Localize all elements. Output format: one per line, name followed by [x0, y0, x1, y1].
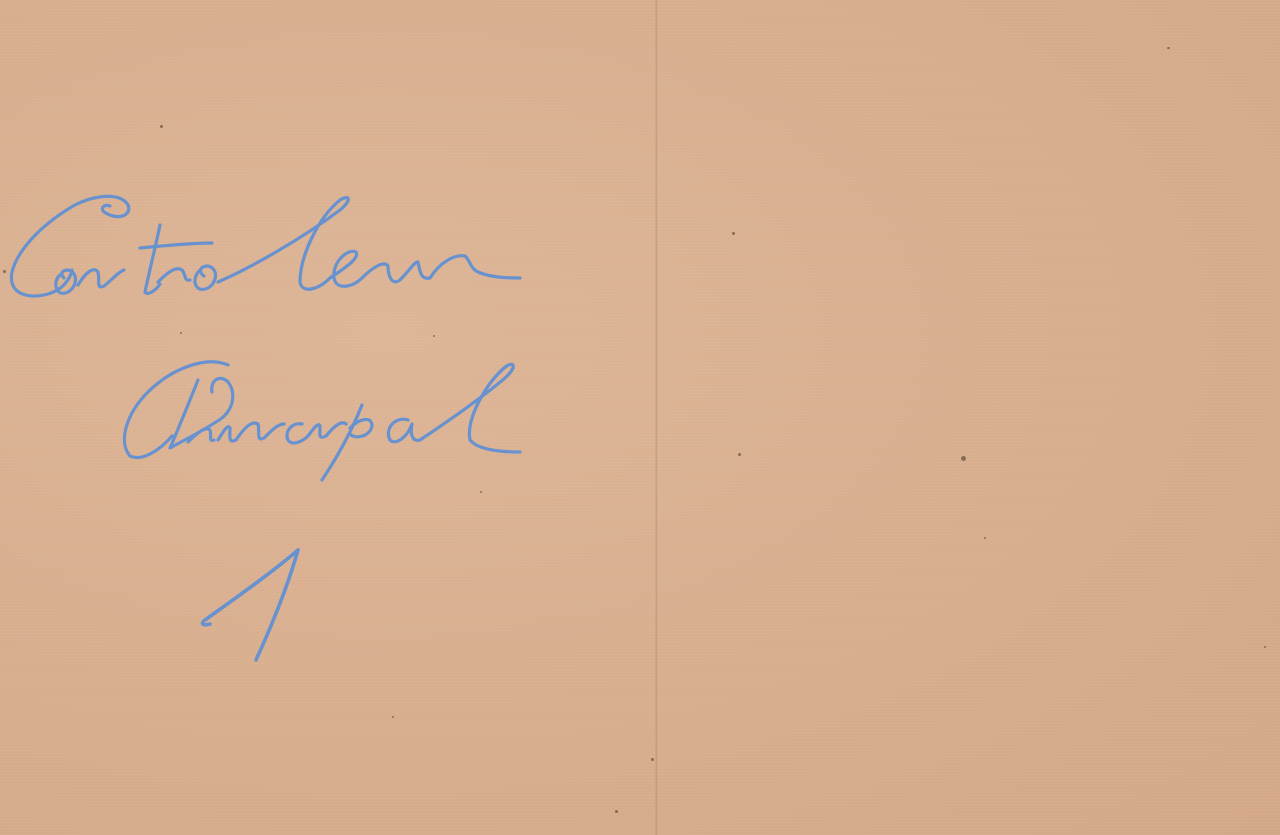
handwriting	[0, 0, 1280, 835]
handwriting-line-principal	[124, 362, 520, 480]
handwriting-line-controleur	[11, 196, 520, 296]
paper-sheet: Controleur Principal 1	[0, 0, 1280, 835]
handwriting-line-number-1	[203, 550, 298, 660]
